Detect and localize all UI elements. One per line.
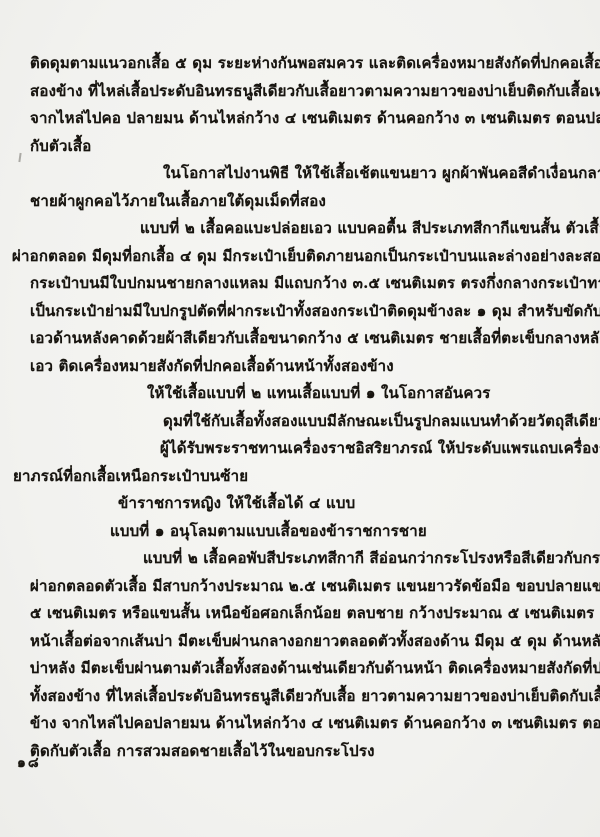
text-line: กับตัวเสื้อ (30, 133, 575, 161)
text-line: เป็นกระเป๋าย่ามมีใบปกรูปตัดที่ฝากระเป๋าท… (30, 298, 575, 326)
text-line: สองข้าง ที่ไหล่เสื้อประดับอินทรธนูสีเดีย… (30, 78, 575, 106)
text-line: บ่าหลัง มีตะเข็บผ่านตามตัวเสื้อทั้งสองด้… (30, 655, 575, 683)
text-line: หน้าเสื้อต่อจากเส้นบ่า มีตะเข็บผ่านกลางอ… (30, 628, 575, 656)
text-line: ให้ใช้เสื้อแบบที่ ๒ แทนเสื้อแบบที่ ๑ ในโ… (30, 380, 575, 408)
text-line: ผู้ได้รับพระราชทานเครื่องราชอิสริยาภรณ์ … (30, 435, 575, 463)
text-line: ทั้งสองข้าง ที่ไหล่เสื้อประดับอินทรธนูสี… (30, 683, 575, 711)
scan-artifact (18, 153, 21, 162)
text-line: ผ่าอกตลอดตัวเสื้อ มีสาบกว้างประมาณ ๒.๕ เ… (30, 573, 575, 601)
text-line: ติดดุมตามแนวอกเสื้อ ๕ ดุม ระยะห่างกันพอส… (30, 50, 575, 78)
text-line: ข้าราชการหญิง ให้ใช้เสื้อได้ ๔ แบบ (30, 490, 575, 518)
text-line: แบบที่ ๒ เสื้อคอพับสีประเภทสีกากี สีอ่อน… (30, 545, 575, 573)
document-page: ติดดุมตามแนวอกเสื้อ ๕ ดุม ระยะห่างกันพอส… (0, 0, 600, 837)
text-line: แบบที่ ๒ เสื้อคอแบะปล่อยเอว แบบคอตื้น สี… (30, 215, 575, 243)
page-number: ๑๘ (17, 752, 41, 774)
text-line: แบบที่ ๑ อนุโลมตามแบบเสื้อของข้าราชการชา… (30, 518, 575, 546)
text-line: ในโอกาสไปงานพิธี ให้ใช้เสื้อเช้ตแขนยาว ผ… (30, 160, 575, 188)
text-line: เอวด้านหลังคาดด้วยผ้าสีเดียวกับเสื้อขนาด… (30, 325, 575, 353)
text-line: ติดกับตัวเสื้อ การสวมสอดชายเสื้อไว้ในขอบ… (30, 738, 575, 766)
text-line: จากไหล่ไปคอ ปลายมน ด้านไหล่กว้าง ๔ เซนติ… (30, 105, 575, 133)
text-line: ยาภรณ์ที่อกเสื้อเหนือกระเป๋าบนซ้าย (13, 463, 575, 491)
text-line: กระเป๋าบนมีใบปกมนชายกลางแหลม มีแถบกว้าง … (30, 270, 575, 298)
document-body: ติดดุมตามแนวอกเสื้อ ๕ ดุม ระยะห่างกันพอส… (30, 50, 575, 765)
text-line: ๕ เซนติเมตร หรือแขนสั้น เหนือข้อศอกเล็กน… (30, 600, 575, 628)
text-line: ข้าง จากไหล่ไปคอปลายมน ด้านไหล่กว้าง ๔ เ… (30, 710, 575, 738)
text-line: เอว ติดเครื่องหมายสังกัดที่ปกคอเสื้อด้าน… (30, 353, 575, 381)
text-line: ดุมที่ใช้กับเสื้อทั้งสองแบบมีลักษณะเป็นร… (30, 408, 575, 436)
text-line: ผ่าอกตลอด มีดุมที่อกเสื้อ ๔ ดุม มีกระเป๋… (12, 243, 575, 271)
text-line: ชายผ้าผูกคอไว้ภายในเสื้อภายใต้ดุมเม็ดที่… (30, 188, 575, 216)
